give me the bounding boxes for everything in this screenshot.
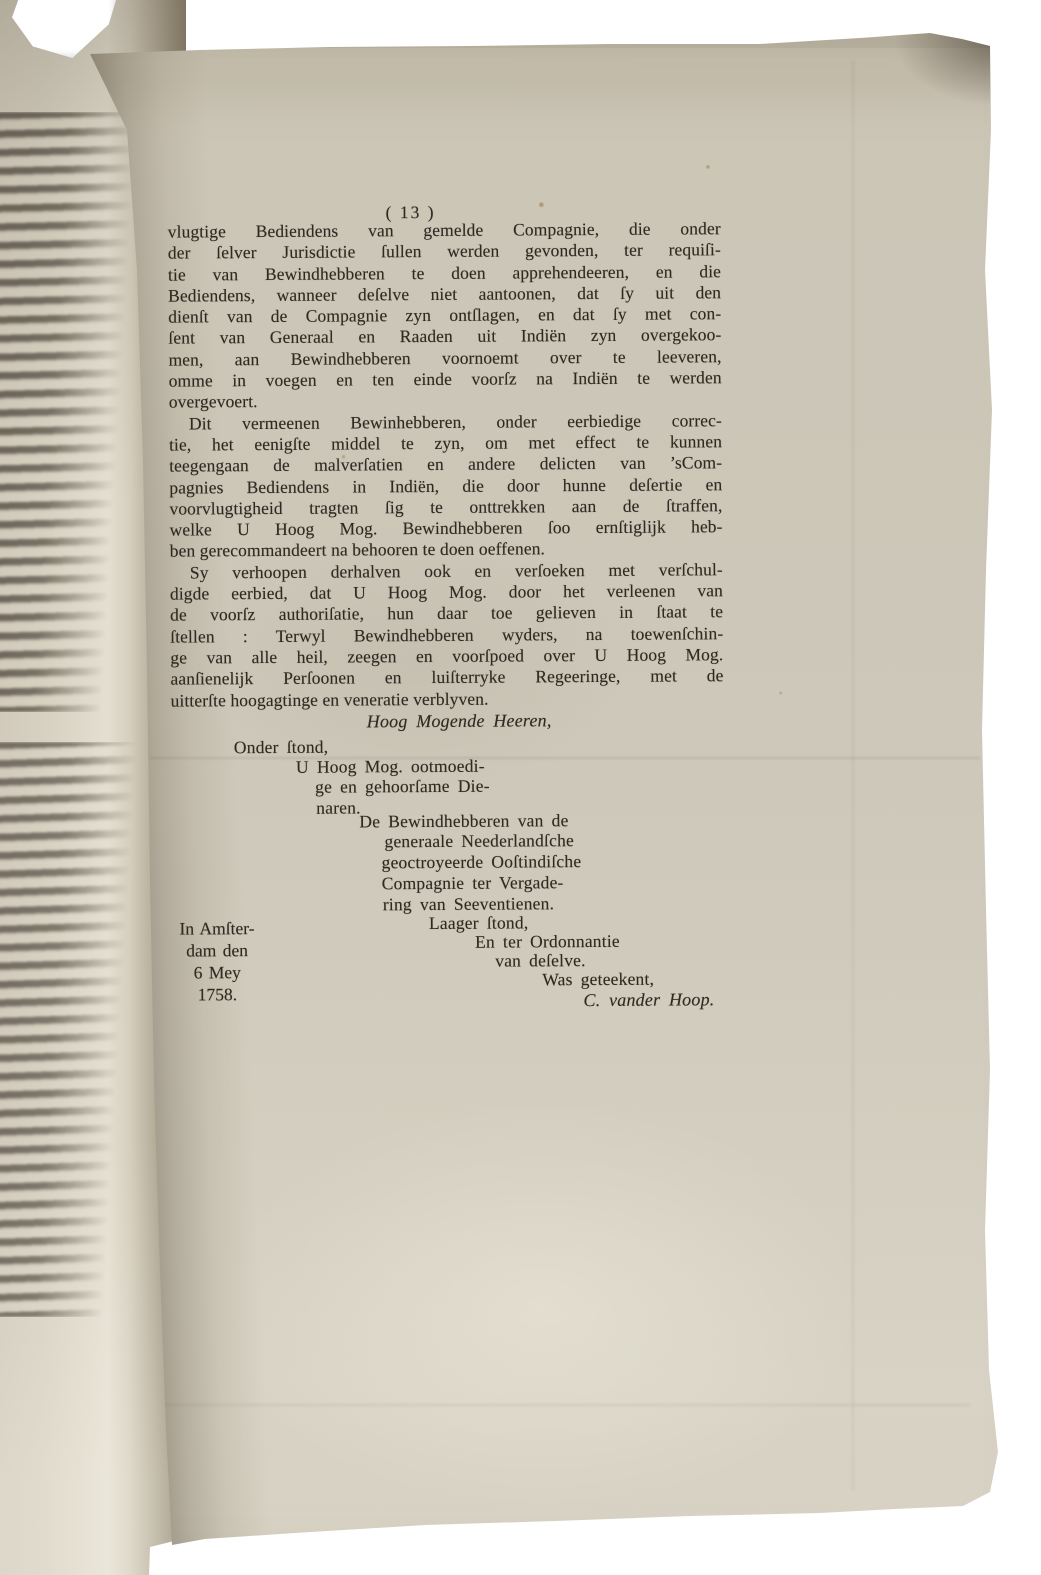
closing-line: ring van Seeventienen. <box>383 893 554 914</box>
closing-line: geoctroyeerde Ooſtindiſche <box>382 851 582 872</box>
body-text-line: teegengaan de malverſatien en andere del… <box>169 452 722 477</box>
body-text-line: ſent van Generaal en Raaden uit Indiën z… <box>168 325 721 350</box>
body-text-line: welke U Hoog Mog. Bewindhebberen ſoo ern… <box>170 516 723 541</box>
closing-line: van deſelve. <box>495 950 586 971</box>
closing-line: ge en gehoorſame Die- <box>315 776 490 797</box>
body-text-line: aanſienelijk Perſoonen en luiſterryke Re… <box>170 665 723 690</box>
closing-line: Laager ſtond, <box>429 912 529 933</box>
closing-line: De Bewindhebberen van de <box>359 810 568 831</box>
closing-line: U Hoog Mog. ootmoedi- <box>296 756 485 777</box>
closing-line: naren. <box>316 797 361 817</box>
closing-italic-line: C. vander Hoop. <box>583 989 714 1010</box>
closing-line: Onder ſtond, <box>234 737 328 758</box>
closing-line: generaale Neederlandſche <box>384 830 574 851</box>
body-text-line: uitterſte hoogagtinge en veneratie verbl… <box>171 687 724 712</box>
body-text-line: omme in voegen en ten einde voorſz na In… <box>169 367 722 392</box>
closing-line: En ter Ordonnantie <box>475 931 620 952</box>
body-text: vlugtige Bediendens van gemelde Compagni… <box>168 218 724 711</box>
book-photograph: ( 13 ) vlugtige Bediendens van gemelde C… <box>0 0 1041 1575</box>
closing-line: Was geteekent, <box>542 969 654 990</box>
body-text-line: der ſelver Jurisdictie ſullen werden gev… <box>168 240 721 265</box>
left-page-blurred-text-lower <box>0 742 162 1317</box>
dateline-block: In Amſter- dam den 6 Mey 1758. <box>165 917 270 1006</box>
closing-italic-line: Hoog Mogende Heeren, <box>367 710 552 731</box>
body-text-line: de voorſz authoriſatie, hun daar toe gel… <box>170 602 723 627</box>
closing-line: Compagnie ter Vergade- <box>382 872 564 893</box>
